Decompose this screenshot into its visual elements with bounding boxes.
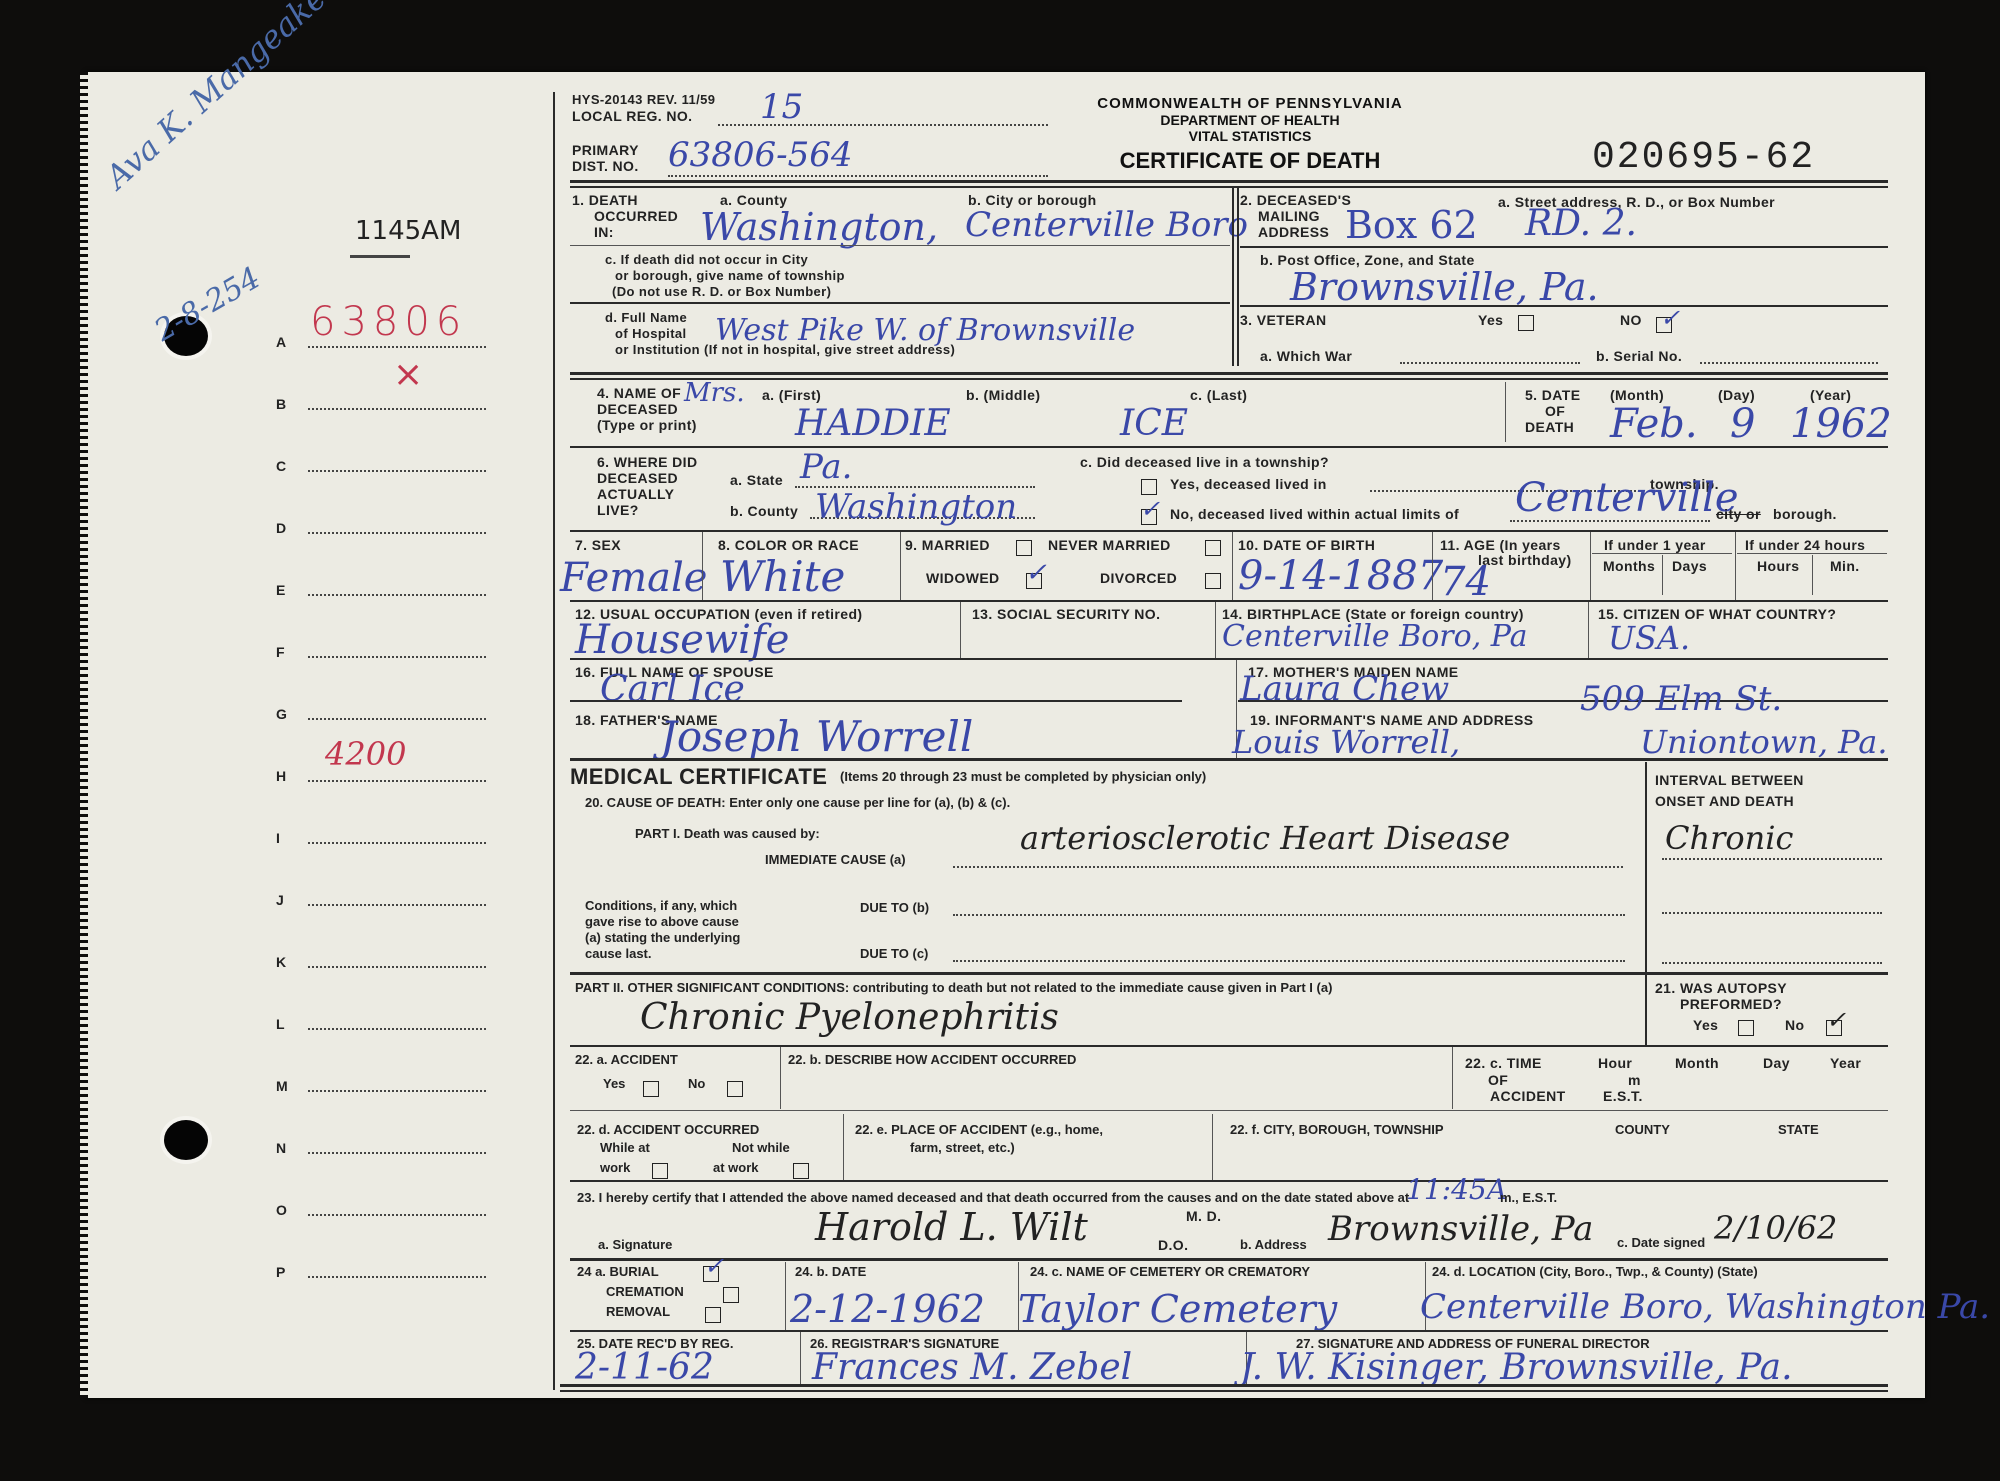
rule bbox=[570, 600, 1888, 602]
divider bbox=[1452, 1047, 1453, 1109]
accident-no-checkbox[interactable] bbox=[727, 1081, 743, 1097]
sex-value[interactable]: Female bbox=[560, 558, 707, 598]
residence-county-value[interactable]: Washington bbox=[815, 490, 1017, 524]
divider bbox=[1232, 188, 1234, 366]
margin-letter-a: A bbox=[276, 334, 286, 350]
city-borough-label: 22. f. CITY, BOROUGH, TOWNSHIP bbox=[1230, 1122, 1444, 1138]
rule bbox=[570, 372, 1888, 375]
burial-date-label: 24. b. DATE bbox=[795, 1264, 866, 1280]
divider bbox=[1237, 188, 1239, 366]
agency-line1: COMMONWEALTH OF PENNSYLVANIA bbox=[1050, 95, 1450, 112]
divider bbox=[843, 1114, 844, 1180]
hour-label: Hour bbox=[1598, 1055, 1632, 1071]
margin-line-o[interactable] bbox=[308, 1214, 486, 1216]
physician-address-value[interactable]: Brownsville, Pa bbox=[1328, 1212, 1593, 1246]
divorced-label: DIVORCED bbox=[1100, 570, 1177, 586]
rule bbox=[570, 1045, 1888, 1047]
m-label: m bbox=[1628, 1072, 1641, 1088]
margin-mark-a: × bbox=[393, 357, 423, 393]
rule bbox=[570, 1330, 1888, 1332]
residence-label: 6. WHERE DID bbox=[597, 454, 697, 470]
divider bbox=[1662, 555, 1663, 595]
war-line bbox=[1400, 362, 1580, 364]
rule bbox=[560, 1384, 1888, 1387]
death-date-label2: OF bbox=[1545, 403, 1565, 419]
form-title: CERTIFICATE OF DEATH bbox=[1050, 148, 1450, 174]
item1-label2: OCCURRED bbox=[594, 208, 678, 224]
part2-value[interactable]: Chronic Pyelonephritis bbox=[640, 1000, 1059, 1036]
accident-yes-label: Yes bbox=[603, 1076, 625, 1092]
location-label: 24. d. LOCATION (City, Boro., Twp., & Co… bbox=[1432, 1264, 1758, 1280]
perforated-edge bbox=[80, 72, 88, 1398]
sex-label: 7. SEX bbox=[575, 537, 621, 553]
location-value[interactable]: Centerville Boro, Washington Pa. bbox=[1420, 1290, 1990, 1324]
days-label: Days bbox=[1672, 558, 1707, 574]
divider bbox=[1215, 602, 1216, 658]
rule bbox=[570, 758, 1888, 761]
physician-signature[interactable]: Harold L. Wilt bbox=[815, 1208, 1088, 1246]
accident-day-label: Day bbox=[1763, 1055, 1790, 1071]
married-checkbox[interactable] bbox=[1016, 540, 1032, 556]
limits-value[interactable]: Centerville bbox=[1515, 478, 1739, 518]
margin-line-h[interactable] bbox=[308, 780, 486, 782]
removal-label: REMOVAL bbox=[606, 1304, 670, 1320]
prefix-value[interactable]: Mrs. bbox=[684, 380, 745, 406]
accident-time-label: 22. c. TIME bbox=[1465, 1055, 1542, 1071]
dob-value[interactable]: 9-14-1887 bbox=[1238, 556, 1443, 596]
cemetery-label: 24. c. NAME OF CEMETERY OR CREMATORY bbox=[1030, 1264, 1310, 1280]
rule bbox=[570, 530, 1888, 532]
immediate-cause-value[interactable]: arteriosclerotic Heart Disease bbox=[1020, 822, 1510, 854]
veteran-yes-checkbox[interactable] bbox=[1518, 315, 1534, 331]
interval-value[interactable]: Chronic bbox=[1665, 822, 1793, 854]
township-label: c. If death did not occur in City bbox=[605, 252, 808, 268]
interval-line bbox=[1662, 858, 1882, 860]
divider bbox=[1432, 532, 1433, 600]
war-label: a. Which War bbox=[1260, 348, 1352, 364]
margin-line-a[interactable] bbox=[308, 346, 486, 348]
death-county-value[interactable]: Washington, bbox=[700, 208, 938, 246]
cremation-checkbox[interactable] bbox=[723, 1287, 739, 1303]
divider bbox=[1590, 532, 1591, 600]
under-24-label: If under 24 hours bbox=[1745, 537, 1865, 553]
divider bbox=[1645, 975, 1647, 1047]
autopsy-label: 21. WAS AUTOPSY bbox=[1655, 980, 1787, 996]
divider bbox=[800, 1332, 801, 1384]
form-left-border bbox=[553, 92, 555, 1390]
accident-state-label: STATE bbox=[1778, 1122, 1819, 1138]
death-date-label: 5. DATE bbox=[1525, 387, 1580, 403]
dist-line bbox=[668, 175, 1048, 177]
date-received-value[interactable]: 2-11-62 bbox=[575, 1350, 714, 1386]
item1-label3: IN: bbox=[594, 224, 614, 240]
dob-label: 10. DATE OF BIRTH bbox=[1238, 537, 1375, 553]
divider bbox=[1588, 602, 1589, 658]
divider bbox=[1812, 555, 1813, 595]
occupation-value[interactable]: Housewife bbox=[575, 620, 789, 660]
residence-state-value[interactable]: Pa. bbox=[800, 450, 852, 484]
autopsy-label2: PREFORMED? bbox=[1680, 996, 1782, 1012]
item2-label: 2. DECEASED'S bbox=[1240, 192, 1351, 208]
residence-label3: ACTUALLY bbox=[597, 486, 674, 502]
item2-label2: MAILING bbox=[1258, 208, 1320, 224]
due-c-line bbox=[953, 960, 1625, 962]
date-signed-value[interactable]: 2/10/62 bbox=[1714, 1212, 1837, 1244]
informant-city[interactable]: Uniontown, Pa. bbox=[1640, 726, 1888, 758]
divider bbox=[1232, 532, 1233, 600]
veteran-no-check: ✓ bbox=[1660, 306, 1680, 330]
serial-label: b. Serial No. bbox=[1596, 348, 1682, 364]
margin-letter-p: P bbox=[276, 1264, 285, 1280]
race-label: 8. COLOR OR RACE bbox=[718, 537, 859, 553]
rule bbox=[570, 302, 1230, 304]
agency-line3: VITAL STATISTICS bbox=[1050, 128, 1450, 144]
margin-line-e[interactable] bbox=[308, 594, 486, 596]
due-b-line bbox=[953, 914, 1625, 916]
age-value[interactable]: 74 bbox=[1440, 562, 1491, 602]
staple-mark bbox=[350, 255, 410, 258]
interval-line bbox=[1662, 912, 1882, 914]
margin-letter-k: K bbox=[276, 954, 286, 970]
death-city-value[interactable]: Centerville Boro bbox=[965, 208, 1248, 242]
township-yes-label: Yes, deceased lived in bbox=[1170, 476, 1327, 492]
interval-line bbox=[1662, 962, 1882, 964]
divider bbox=[702, 532, 703, 600]
margin-line-g[interactable] bbox=[308, 718, 486, 720]
cemetery-value[interactable]: Taylor Cemetery bbox=[1018, 1290, 1337, 1328]
immediate-line bbox=[953, 866, 1623, 868]
township-question: c. Did deceased live in a township? bbox=[1080, 454, 1329, 470]
margin-letter-b: B bbox=[276, 396, 286, 412]
local-reg-label: LOCAL REG. NO. bbox=[572, 108, 692, 124]
residence-label2: DECEASED bbox=[597, 470, 678, 486]
due-to-c-label: DUE TO (c) bbox=[860, 946, 928, 962]
hospital-label2: of Hospital bbox=[615, 326, 687, 342]
physician-address-label: b. Address bbox=[1240, 1237, 1307, 1253]
conditions-label3: (a) stating the underlying bbox=[585, 930, 740, 946]
rule bbox=[570, 972, 1888, 975]
est-label: E.S.T. bbox=[1603, 1088, 1643, 1104]
citizen-value[interactable]: USA. bbox=[1608, 622, 1690, 654]
divider bbox=[1645, 762, 1647, 972]
margin-line-m[interactable] bbox=[308, 1090, 486, 1092]
not-at-work-checkbox[interactable] bbox=[793, 1163, 809, 1179]
rule bbox=[570, 1258, 1888, 1261]
interval-label2: ONSET AND DEATH bbox=[1655, 793, 1794, 809]
accident-month-label: Month bbox=[1675, 1055, 1719, 1071]
margin-line-k[interactable] bbox=[308, 966, 486, 968]
hours-label: Hours bbox=[1757, 558, 1799, 574]
work-label: work bbox=[600, 1160, 630, 1176]
certificate-number: 020695-62 bbox=[1592, 136, 1815, 179]
conditions-label4: cause last. bbox=[585, 946, 652, 962]
conditions-label: Conditions, if any, which bbox=[585, 898, 737, 914]
while-at-label: While at bbox=[600, 1140, 650, 1156]
funeral-director-value[interactable]: J. W. Kisinger, Brownsville, Pa. bbox=[1240, 1350, 1793, 1386]
primary-label: PRIMARY bbox=[572, 142, 639, 158]
rule bbox=[1737, 553, 1887, 554]
never-married-checkbox[interactable] bbox=[1205, 540, 1221, 556]
city-strikethrough: city or bbox=[1716, 506, 1761, 522]
burial-label: 24 a. BURIAL bbox=[577, 1264, 659, 1280]
informant-address[interactable]: 509 Elm St. bbox=[1580, 682, 1782, 716]
rule bbox=[570, 1110, 1888, 1111]
township-no-label: No, deceased lived within actual limits … bbox=[1170, 506, 1459, 522]
township-label2: or borough, give name of township bbox=[615, 268, 845, 284]
margin-line-p[interactable] bbox=[308, 1276, 486, 1278]
spouse-value[interactable]: Carl Ice bbox=[600, 672, 745, 708]
margin-letter-m: M bbox=[276, 1078, 288, 1094]
date-signed-label: c. Date signed bbox=[1617, 1235, 1705, 1251]
certify-text: 23. I hereby certify that I attended the… bbox=[577, 1190, 1409, 1206]
age-label: 11. AGE (In years bbox=[1440, 537, 1561, 553]
hospital-value[interactable]: West Pike W. of Brownsville bbox=[715, 316, 1135, 346]
death-year-value[interactable]: 1962 bbox=[1790, 404, 1892, 444]
margin-line-f[interactable] bbox=[308, 656, 486, 658]
never-married-label: NEVER MARRIED bbox=[1048, 537, 1171, 553]
accident-no-label: No bbox=[688, 1076, 705, 1092]
post-office-value[interactable]: Brownsville, Pa. bbox=[1290, 268, 1599, 306]
margin-value-h: 4200 bbox=[325, 738, 406, 770]
race-value[interactable]: White bbox=[720, 556, 845, 598]
part2-label: PART II. OTHER SIGNIFICANT CONDITIONS: c… bbox=[575, 980, 1332, 996]
place-label: 22. e. PLACE OF ACCIDENT (e.g., home, bbox=[855, 1122, 1103, 1138]
ssn-label: 13. SOCIAL SECURITY NO. bbox=[972, 606, 1160, 622]
medical-subtitle: (Items 20 through 23 must be completed b… bbox=[840, 769, 1206, 785]
accident-how-label: 22. b. DESCRIBE HOW ACCIDENT OCCURRED bbox=[788, 1052, 1076, 1068]
rule bbox=[570, 1180, 1888, 1182]
interval-label: INTERVAL BETWEEN bbox=[1655, 772, 1804, 788]
first-name-value[interactable]: HADDIE bbox=[795, 406, 951, 442]
death-day-value[interactable]: 9 bbox=[1730, 404, 1755, 444]
first-name-label: a. (First) bbox=[762, 387, 821, 403]
form-code: HYS-20143 REV. 11/59 bbox=[572, 92, 715, 108]
md-label: M. D. bbox=[1186, 1208, 1221, 1224]
signature-label: a. Signature bbox=[598, 1237, 672, 1253]
place-label2: farm, street, etc.) bbox=[910, 1140, 1015, 1156]
immediate-label: IMMEDIATE CAUSE (a) bbox=[765, 852, 906, 868]
margin-letter-d: D bbox=[276, 520, 286, 536]
borough-suffix: borough. bbox=[1773, 506, 1837, 522]
header-rule bbox=[570, 180, 1888, 183]
at-work-checkbox[interactable] bbox=[652, 1163, 668, 1179]
rule bbox=[570, 658, 1888, 660]
widowed-check: ✓ bbox=[1025, 560, 1047, 586]
margin-line-j[interactable] bbox=[308, 904, 486, 906]
residence-label4: LIVE? bbox=[597, 502, 639, 518]
item1-label: 1. DEATH bbox=[572, 192, 638, 208]
cause-label: 20. CAUSE OF DEATH: Enter only one cause… bbox=[585, 795, 1010, 811]
autopsy-no-label: No bbox=[1785, 1017, 1804, 1033]
part1-label: PART I. Death was caused by: bbox=[635, 826, 820, 842]
accident-county-label: COUNTY bbox=[1615, 1122, 1670, 1138]
autopsy-no-check: ✓ bbox=[1826, 1008, 1846, 1032]
state-label: a. State bbox=[730, 472, 783, 488]
margin-line-c[interactable] bbox=[308, 470, 486, 472]
accident-year-label: Year bbox=[1830, 1055, 1861, 1071]
margin-letter-c: C bbox=[276, 458, 286, 474]
removal-checkbox[interactable] bbox=[705, 1307, 721, 1323]
widowed-label: WIDOWED bbox=[926, 570, 1000, 586]
certify-time-value[interactable]: 11:45A bbox=[1406, 1176, 1507, 1204]
divider bbox=[900, 532, 901, 600]
months-label: Months bbox=[1603, 558, 1655, 574]
veteran-yes-label: Yes bbox=[1478, 312, 1503, 328]
accident-occurred-label: 22. d. ACCIDENT OCCURRED bbox=[577, 1122, 759, 1138]
not-at-work-label: at work bbox=[713, 1160, 759, 1176]
township-label3: (Do not use R. D. or Box Number) bbox=[612, 284, 831, 300]
agency-line2: DEPARTMENT OF HEALTH bbox=[1050, 112, 1450, 128]
certify-time-suffix: m., E.S.T. bbox=[1500, 1190, 1557, 1206]
hospital-label: d. Full Name bbox=[605, 310, 687, 326]
divider bbox=[1735, 532, 1736, 600]
burial-check: ✓ bbox=[704, 1254, 724, 1278]
margin-letter-g: G bbox=[276, 706, 287, 722]
divider bbox=[785, 1262, 786, 1330]
conditions-label2: gave rise to above cause bbox=[585, 914, 739, 930]
name-label2: DECEASED bbox=[597, 401, 678, 417]
serial-line bbox=[1700, 362, 1878, 364]
burial-date-value[interactable]: 2-12-1962 bbox=[790, 1290, 985, 1328]
rd-value[interactable]: RD. 2. bbox=[1525, 206, 1637, 242]
accident-time-label2: OF bbox=[1488, 1072, 1508, 1088]
rule bbox=[1240, 246, 1888, 248]
header-rule-2 bbox=[570, 186, 1888, 188]
divider bbox=[780, 1047, 781, 1109]
margin-letter-i: I bbox=[276, 830, 280, 846]
divider bbox=[1505, 382, 1506, 442]
margin-letter-j: J bbox=[276, 892, 284, 908]
margin-letter-h: H bbox=[276, 768, 286, 784]
margin-letter-n: N bbox=[276, 1140, 286, 1156]
not-while-label: Not while bbox=[732, 1140, 790, 1156]
last-name-value[interactable]: ICE bbox=[1120, 406, 1188, 442]
veteran-no-label: NO bbox=[1620, 312, 1642, 328]
dist-label: DIST. NO. bbox=[572, 158, 639, 174]
due-to-b-label: DUE TO (b) bbox=[860, 900, 929, 916]
dist-value: 63806-564 bbox=[668, 138, 853, 172]
do-label: D.O. bbox=[1158, 1237, 1188, 1253]
punch-hole-bottom bbox=[164, 1120, 208, 1160]
margin-letter-o: O bbox=[276, 1202, 287, 1218]
accident-label: 22. a. ACCIDENT bbox=[575, 1052, 678, 1068]
death-date-label3: DEATH bbox=[1525, 419, 1574, 435]
min-label: Min. bbox=[1830, 558, 1860, 574]
rule bbox=[560, 1390, 1888, 1392]
autopsy-yes-checkbox[interactable] bbox=[1738, 1020, 1754, 1036]
rule bbox=[1592, 553, 1732, 554]
accident-yes-checkbox[interactable] bbox=[643, 1081, 659, 1097]
under-year-label: If under 1 year bbox=[1604, 537, 1706, 553]
autopsy-yes-label: Yes bbox=[1693, 1017, 1718, 1033]
middle-name-label: b. (Middle) bbox=[966, 387, 1040, 403]
divorced-checkbox[interactable] bbox=[1205, 573, 1221, 589]
medical-title: MEDICAL CERTIFICATE bbox=[570, 764, 827, 790]
cremation-label: CREMATION bbox=[606, 1284, 684, 1300]
margin-letter-f: F bbox=[276, 644, 285, 660]
rule bbox=[1240, 305, 1888, 307]
local-reg-value: 15 bbox=[760, 90, 803, 124]
rule bbox=[1238, 700, 1888, 702]
township-yes-checkbox[interactable] bbox=[1141, 479, 1157, 495]
margin-line-d[interactable] bbox=[308, 532, 486, 534]
margin-line-n[interactable] bbox=[308, 1152, 486, 1154]
pencil-note: 1145AM bbox=[355, 218, 461, 244]
last-name-label: c. (Last) bbox=[1190, 387, 1247, 403]
margin-line-l[interactable] bbox=[308, 1028, 486, 1030]
veteran-label: 3. VETERAN bbox=[1240, 312, 1326, 328]
accident-time-label3: ACCIDENT bbox=[1490, 1088, 1566, 1104]
rule bbox=[570, 700, 1182, 702]
rule bbox=[570, 446, 1888, 448]
margin-letter-l: L bbox=[276, 1016, 285, 1032]
name-label: 4. NAME OF bbox=[597, 385, 681, 401]
birthplace-value[interactable]: Centerville Boro, Pa bbox=[1222, 622, 1528, 652]
rule bbox=[570, 245, 1230, 246]
street-value[interactable]: Box 62 bbox=[1345, 206, 1478, 244]
margin-line-i[interactable] bbox=[308, 842, 486, 844]
divider bbox=[1212, 1114, 1213, 1180]
registrar-signature-value[interactable]: Frances M. Zebel bbox=[812, 1350, 1132, 1386]
township-no-check: ✓ bbox=[1140, 497, 1160, 521]
name-label3: (Type or print) bbox=[597, 417, 697, 433]
divider bbox=[960, 602, 961, 658]
item2-label3: ADDRESS bbox=[1258, 224, 1329, 240]
residence-county-label: b. County bbox=[730, 503, 798, 519]
informant-name[interactable]: Louis Worrell, bbox=[1232, 726, 1460, 758]
age-label2: last birthday) bbox=[1478, 552, 1572, 568]
margin-line-b[interactable] bbox=[308, 408, 486, 410]
rule bbox=[570, 378, 1888, 380]
death-month-value[interactable]: Feb. bbox=[1610, 404, 1698, 444]
married-label: 9. MARRIED bbox=[905, 537, 990, 553]
father-value[interactable]: Joseph Worrell bbox=[660, 716, 973, 758]
margin-value-a: 63806 bbox=[310, 302, 467, 342]
margin-letter-e: E bbox=[276, 582, 285, 598]
